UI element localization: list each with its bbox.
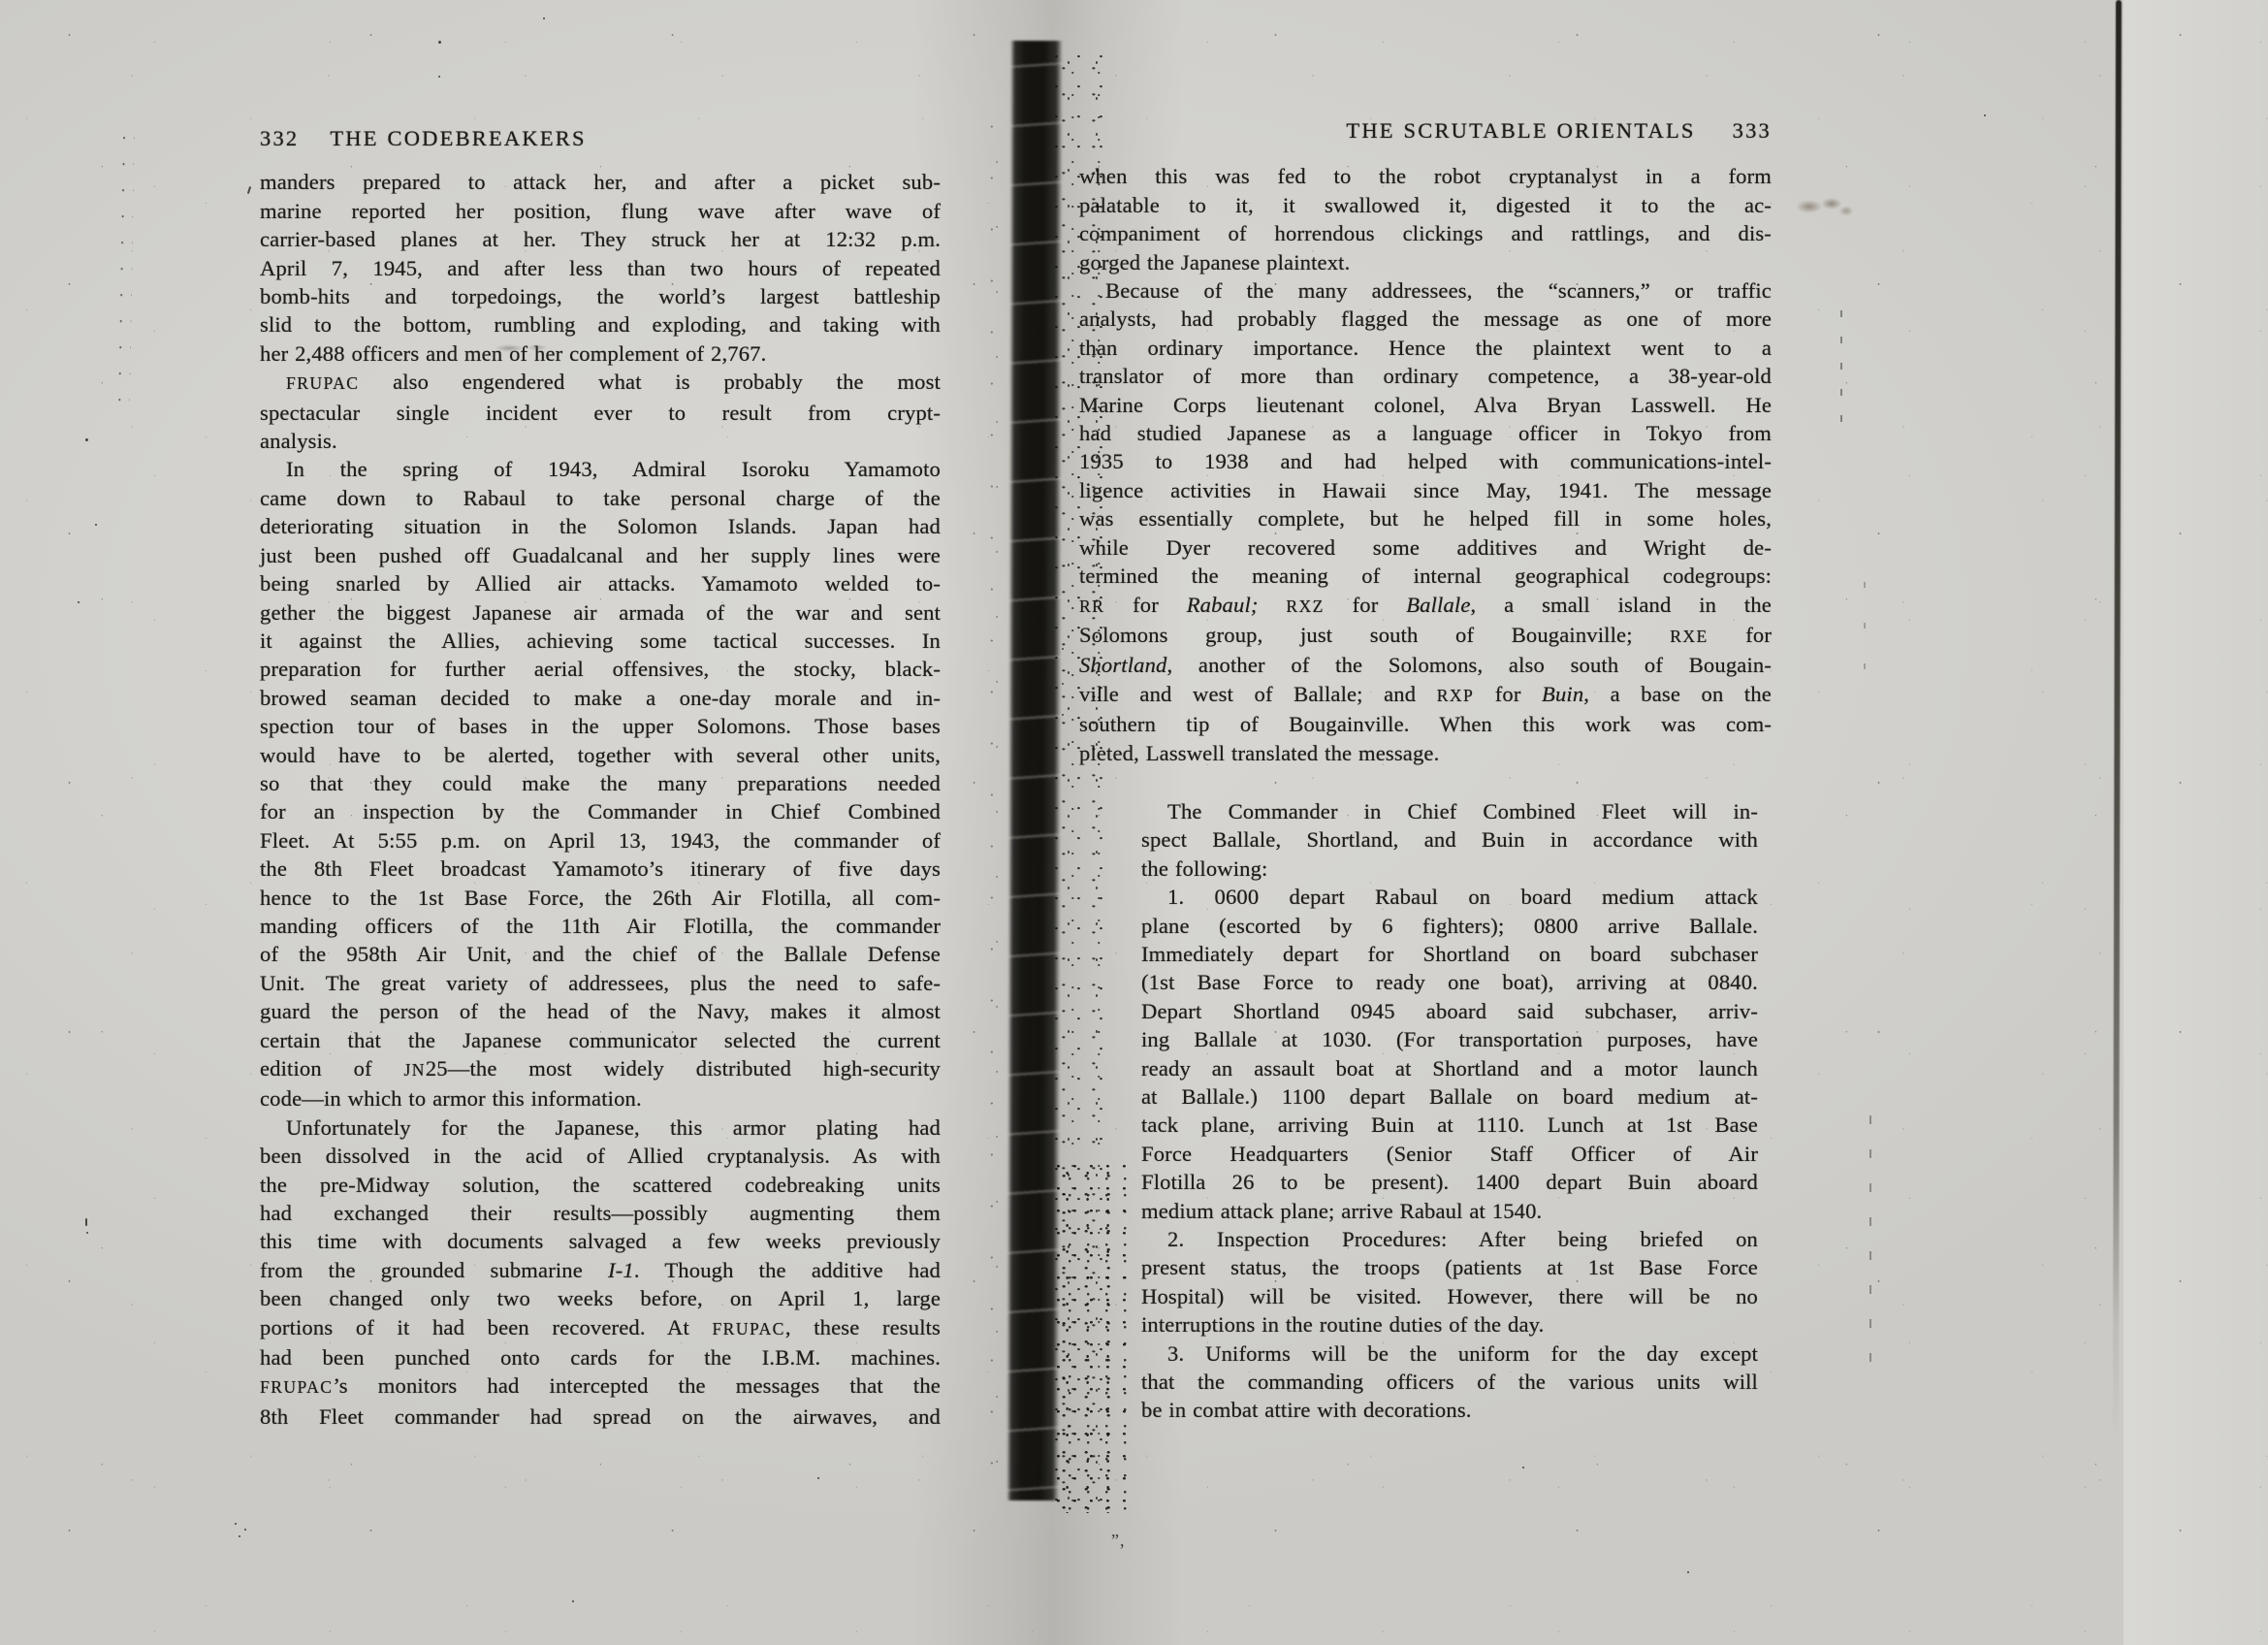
text-segment: April 7, 1945, and after less than two h… [260, 256, 941, 280]
text-segment: (1st Base Force to ready one boat), arri… [1141, 970, 1758, 994]
text-line: 1. 0600 depart Rabaul on board medium at… [1141, 883, 1758, 911]
text-segment: that the commanding officers of the vari… [1141, 1370, 1758, 1394]
text-segment: The Commander in Chief Combined Fleet wi… [1167, 799, 1758, 823]
text-line: RR for Rabaul; RXZ for Ballale, a small … [1079, 591, 1772, 621]
text-line: Force Headquarters (Senior Staff Officer… [1141, 1140, 1758, 1168]
text-segment: Immediately depart for Shortland on boar… [1141, 942, 1758, 966]
text-segment: came down to Rabaul to take personal cha… [260, 486, 941, 510]
text-line: was essentially complete, but he helped … [1079, 504, 1772, 532]
text-line: palatable to it, it swallowed it, digest… [1079, 191, 1772, 219]
text-segment: from the grounded submarine [260, 1258, 608, 1282]
text-line: spectacular single incident ever to resu… [260, 399, 941, 427]
small-caps-text: FRUPAC [286, 373, 359, 393]
text-segment: ’s monitors had intercepted the messages… [333, 1373, 941, 1398]
paragraph: Because of the many addressees, the “sca… [1079, 276, 1772, 767]
paragraph: 2. Inspection Procedures: After being br… [1141, 1225, 1758, 1339]
paragraph: Unfortunately for the Japanese, this arm… [260, 1113, 941, 1431]
speck [235, 1523, 237, 1525]
text-segment: code—in which to armor this information. [260, 1086, 642, 1111]
text-segment: carrier-based planes at her. They struck… [260, 227, 941, 251]
text-line: Shortland, another of the Solomons, also… [1079, 651, 1772, 679]
text-segment: palatable to it, it swallowed it, digest… [1079, 193, 1772, 217]
speck [817, 1477, 819, 1479]
small-caps-text: RXE [1670, 627, 1708, 646]
text-line: 8th Fleet commander had spread on the ai… [260, 1403, 941, 1431]
paragraph: manders prepared to attack her, and afte… [260, 168, 941, 368]
text-segment: ville and west of Ballale; and [1079, 682, 1437, 706]
text-segment: ing Ballale at 1030. (For transportation… [1141, 1027, 1758, 1051]
text-segment: Depart Shortland 0945 aboard said subcha… [1141, 999, 1758, 1023]
right-page-body: when this was fed to the robot cryptanal… [1079, 162, 1772, 767]
text-line: Flotilla 26 to be present). 1400 depart … [1141, 1168, 1758, 1196]
text-segment: it against the Allies, achieving some ta… [260, 629, 941, 653]
text-segment: spection tour of bases in the upper Solo… [260, 714, 941, 738]
text-line: the following: [1141, 855, 1758, 883]
text-segment: pleted, Lasswell translated the message. [1079, 741, 1439, 765]
text-segment: plane (escorted by 6 fighters); 0800 arr… [1141, 914, 1758, 938]
italic-text: Rabaul; [1187, 593, 1259, 617]
text-line: had studied Japanese as a language offic… [1079, 419, 1772, 447]
text-segment: deteriorating situation in the Solomon I… [260, 514, 941, 538]
text-line: manders prepared to attack her, and afte… [260, 168, 941, 196]
faint-smudge-artifact [485, 341, 555, 355]
text-segment: Flotilla 26 to be present). 1400 depart … [1141, 1170, 1758, 1194]
text-line: just been pushed off Guadalcanal and her… [260, 541, 941, 569]
text-line: medium attack plane; arrive Rabaul at 15… [1141, 1197, 1758, 1225]
text-line: FRUPAC’s monitors had intercepted the me… [260, 1371, 941, 1402]
text-line: Depart Shortland 0945 aboard said subcha… [1141, 997, 1758, 1025]
text-line: marine reported her position, flung wave… [260, 197, 941, 225]
ink-smudge-artifact [1790, 192, 1854, 221]
text-segment: southern tip of Bougainville. When this … [1079, 712, 1772, 736]
text-segment: portions of it had been recovered. At [260, 1315, 712, 1339]
speck [543, 17, 545, 19]
text-line: termined the meaning of internal geograp… [1079, 562, 1772, 590]
text-segment: guard the person of the head of the Navy… [260, 999, 941, 1023]
text-segment: for an inspection by the Commander in Ch… [260, 799, 941, 823]
text-line: ready an assault boat at Shortland and a… [1141, 1054, 1758, 1082]
text-line: gorged the Japanese plaintext. [1079, 248, 1772, 276]
text-line: companiment of horrendous clickings and … [1079, 219, 1772, 247]
text-segment: spectacular single incident ever to resu… [260, 401, 941, 425]
text-segment: Fleet. At 5:55 p.m. on April 13, 1943, t… [260, 828, 941, 853]
text-line: guard the person of the head of the Navy… [260, 997, 941, 1025]
text-segment: analysts, had probably flagged the messa… [1079, 306, 1772, 331]
text-segment: Hospital) will be visited. However, ther… [1141, 1284, 1758, 1308]
speck [86, 1232, 88, 1234]
small-caps-text: FRUPAC [712, 1319, 784, 1339]
paragraph: 1. 0600 depart Rabaul on board medium at… [1141, 883, 1758, 1225]
text-segment: , another of the Solomons, also south of… [1166, 653, 1772, 677]
text-line: the 8th Fleet broadcast Yamamoto’s itine… [260, 855, 941, 883]
text-segment: just been pushed off Guadalcanal and her… [260, 543, 941, 567]
speck [85, 438, 88, 441]
text-line: Hospital) will be visited. However, ther… [1141, 1282, 1758, 1310]
text-line: FRUPAC also engendered what is probably … [260, 368, 941, 398]
text-line: analysis. [260, 427, 941, 455]
left-page-column: 332 THE CODEBREAKERS manders prepared to… [260, 124, 941, 1431]
text-segment: slid to the bottom, rumbling and explodi… [260, 312, 941, 337]
text-line: southern tip of Bougainville. When this … [1079, 710, 1772, 738]
right-page-blockquote: The Commander in Chief Combined Fleet wi… [1079, 797, 1772, 1425]
text-line: Unit. The great variety of addressees, p… [260, 969, 941, 997]
text-line: browed seaman decided to make a one-day … [260, 684, 941, 712]
left-page-body: manders prepared to attack her, and afte… [260, 168, 941, 1431]
text-segment: interruptions in the routine duties of t… [1141, 1312, 1544, 1337]
text-line: so that they could make the many prepara… [260, 769, 941, 797]
text-line: Fleet. At 5:55 p.m. on April 13, 1943, t… [260, 826, 941, 855]
speck [1687, 1571, 1689, 1573]
right-page-number: 333 [1733, 116, 1772, 145]
text-segment: 1. 0600 depart Rabaul on board medium at… [1167, 885, 1758, 909]
text-segment: manders prepared to attack her, and afte… [260, 170, 941, 194]
text-line: April 7, 1945, and after less than two h… [260, 254, 941, 282]
text-segment: companiment of horrendous clickings and … [1079, 221, 1772, 245]
small-caps-text: JN [403, 1060, 425, 1080]
left-page-header: 332 THE CODEBREAKERS [260, 124, 941, 152]
text-segment: also engendered what is probably the mos… [359, 370, 941, 394]
gutter-left-speckle [981, 116, 1008, 1474]
text-segment: certain that the Japanese communicator s… [260, 1028, 941, 1052]
text-segment: be in combat attire with decorations. [1141, 1398, 1472, 1422]
left-running-title: THE CODEBREAKERS [330, 124, 586, 152]
gutter-bottom-blotch [1055, 1164, 1127, 1513]
text-line: bomb-hits and torpedoings, the world’s l… [260, 282, 941, 310]
text-line: Solomons group, just south of Bougainvil… [1079, 621, 1772, 651]
text-segment: had exchanged their results—possibly aug… [260, 1201, 941, 1225]
text-line: plane (escorted by 6 fighters); 0800 arr… [1141, 912, 1758, 940]
text-line: carrier-based planes at her. They struck… [260, 225, 941, 253]
text-segment: . Though the additive had [634, 1258, 941, 1282]
text-segment: marine reported her position, flung wave… [260, 199, 941, 223]
text-line: present status, the troops (patients at … [1141, 1253, 1758, 1281]
text-line: preparation for further aerial offensive… [260, 655, 941, 683]
text-segment: the pre-Midway solution, the scattered c… [260, 1173, 941, 1197]
text-segment: had studied Japanese as a language offic… [1079, 421, 1772, 445]
text-line: The Commander in Chief Combined Fleet wi… [1141, 797, 1758, 825]
small-caps-text: FRUPAC [260, 1377, 333, 1397]
text-line: than ordinary importance. Hence the plai… [1079, 334, 1772, 362]
text-line: came down to Rabaul to take personal cha… [260, 484, 941, 512]
small-caps-text: RXZ [1286, 597, 1324, 616]
right-margin-dash-marks [1840, 310, 1842, 436]
right-page-header: THE SCRUTABLE ORIENTALS 333 [1079, 116, 1772, 145]
text-line: when this was fed to the robot cryptanal… [1079, 162, 1772, 190]
text-segment: gorged the Japanese plaintext. [1079, 250, 1350, 274]
text-line: spect Ballale, Shortland, and Buin in ac… [1141, 825, 1758, 854]
text-segment: while Dyer recovered some additives and … [1079, 535, 1772, 560]
speck [1062, 648, 1064, 650]
text-segment: manding officers of the 11th Air Flotill… [260, 914, 941, 938]
text-line: edition of JN25—the most widely distribu… [260, 1054, 941, 1084]
text-segment: tack plane, arriving Buin at 1110. Lunch… [1141, 1113, 1758, 1137]
text-segment: gether the biggest Japanese air armada o… [260, 600, 941, 625]
speck [95, 524, 97, 526]
text-segment: Unfortunately for the Japanese, this arm… [286, 1115, 941, 1140]
text-line: hence to the 1st Base Force, the 26th Ai… [260, 884, 941, 912]
text-line: that the commanding officers of the vari… [1141, 1368, 1758, 1396]
text-segment: than ordinary importance. Hence the plai… [1079, 336, 1772, 360]
text-segment: being snarled by Allied air attacks. Yam… [260, 571, 941, 596]
text-segment: 2. Inspection Procedures: After being br… [1167, 1227, 1758, 1251]
right-margin-dash-marks-lower [1869, 1115, 1871, 1368]
speck [572, 1600, 574, 1602]
text-line: manding officers of the 11th Air Flotill… [260, 912, 941, 940]
text-line: analysts, had probably flagged the messa… [1079, 305, 1772, 333]
right-running-title: THE SCRUTABLE ORIENTALS [1346, 116, 1695, 145]
text-line: this time with documents salvaged a few … [260, 1227, 941, 1255]
text-line: had been punched onto cards for the I.B.… [260, 1343, 941, 1371]
right-margin-dash-marks-mid [1864, 582, 1866, 689]
text-line: while Dyer recovered some additives and … [1079, 533, 1772, 562]
text-line: (1st Base Force to ready one boat), arri… [1141, 968, 1758, 996]
text-line: Because of the many addressees, the “sca… [1079, 276, 1772, 305]
text-line: be in combat attire with decorations. [1141, 1396, 1758, 1424]
text-line: tack plane, arriving Buin at 1110. Lunch… [1141, 1111, 1758, 1139]
text-segment: termined the meaning of internal geograp… [1079, 564, 1772, 588]
text-segment: would have to be alerted, together with … [260, 743, 941, 767]
text-segment: at Ballale.) 1100 depart Ballale on boar… [1141, 1084, 1758, 1109]
text-line: ligence activities in Hawaii since May, … [1079, 476, 1772, 504]
text-segment: ready an assault boat at Shortland and a… [1141, 1056, 1758, 1081]
small-caps-text: RXP [1437, 686, 1475, 705]
text-segment: , a small island in the [1471, 593, 1772, 617]
text-segment: browed seaman decided to make a one-day … [260, 686, 941, 710]
text-line: deteriorating situation in the Solomon I… [260, 512, 941, 540]
text-line: pleted, Lasswell translated the message. [1079, 739, 1772, 767]
text-line: ing Ballale at 1030. (For transportation… [1141, 1025, 1758, 1053]
scanner-bed-margin [2124, 0, 2268, 1645]
paragraph: 3. Uniforms will be the uniform for the … [1141, 1339, 1758, 1425]
text-line: ville and west of Ballale; and RXP for B… [1079, 680, 1772, 710]
italic-text: Ballale [1406, 593, 1470, 617]
text-line: code—in which to armor this information. [260, 1084, 941, 1113]
text-segment: 1935 to 1938 and had helped with communi… [1079, 449, 1772, 473]
text-segment: of the 958th Air Unit, and the chief of … [260, 942, 941, 966]
text-line: for an inspection by the Commander in Ch… [260, 797, 941, 825]
text-segment: been changed only two weeks before, on A… [260, 1286, 941, 1310]
text-segment: Solomons group, just south of Bougainvil… [1079, 623, 1670, 647]
text-line: the pre-Midway solution, the scattered c… [260, 1171, 941, 1199]
text-segment: this time with documents salvaged a few … [260, 1229, 941, 1253]
text-line: been changed only two weeks before, on A… [260, 1284, 941, 1312]
text-line: gether the biggest Japanese air armada o… [260, 598, 941, 627]
text-line: it against the Allies, achieving some ta… [260, 627, 941, 655]
text-segment: In the spring of 1943, Admiral Isoroku Y… [286, 457, 941, 481]
text-segment: bomb-hits and torpedoings, the world’s l… [260, 284, 941, 308]
left-page-number: 332 [260, 124, 299, 152]
text-segment: 25—the most widely distributed high-secu… [426, 1056, 941, 1081]
italic-text: Buin [1542, 682, 1583, 706]
right-page-column: THE SCRUTABLE ORIENTALS 333 when this wa… [1079, 116, 1772, 1425]
speck [1062, 683, 1064, 685]
text-segment: for [1709, 623, 1772, 647]
speck [244, 1529, 246, 1531]
text-segment: , these results [785, 1315, 941, 1339]
text-segment: preparation for further aerial offensive… [260, 657, 941, 681]
text-line: from the grounded submarine I-1. Though … [260, 1256, 941, 1284]
speck [1062, 714, 1064, 716]
text-segment: Force Headquarters (Senior Staff Officer… [1141, 1142, 1758, 1166]
text-line: of the 958th Air Unit, and the chief of … [260, 940, 941, 968]
text-segment: 8th Fleet commander had spread on the ai… [260, 1404, 941, 1429]
text-segment: 3. Uniforms will be the uniform for the … [1167, 1341, 1758, 1366]
text-segment [1259, 593, 1287, 617]
text-line: certain that the Japanese communicator s… [260, 1026, 941, 1054]
text-line: In the spring of 1943, Admiral Isoroku Y… [260, 455, 941, 483]
text-line: been dissolved in the acid of Allied cry… [260, 1142, 941, 1170]
text-segment: spect Ballale, Shortland, and Buin in ac… [1141, 827, 1758, 852]
text-line: Immediately depart for Shortland on boar… [1141, 940, 1758, 968]
text-line: interruptions in the routine duties of t… [1141, 1310, 1758, 1339]
text-segment: the 8th Fleet broadcast Yamamoto’s itine… [260, 856, 941, 881]
paragraph: In the spring of 1943, Admiral Isoroku Y… [260, 455, 941, 1113]
text-segment: been dissolved in the acid of Allied cry… [260, 1144, 941, 1168]
text-segment: was essentially complete, but he helped … [1079, 506, 1772, 531]
text-segment: had been punched onto cards for the I.B.… [260, 1345, 941, 1370]
stray-tick-mark [85, 1218, 87, 1226]
text-segment: ligence activities in Hawaii since May, … [1079, 478, 1772, 502]
text-segment: medium attack plane; arrive Rabaul at 15… [1141, 1199, 1542, 1223]
speck [438, 41, 441, 44]
book-scan-page: { "colors":{"paper":"#d4d3cf","margin_ba… [0, 0, 2268, 1645]
text-segment: Marine Corps lieutenant colonel, Alva Br… [1079, 393, 1772, 417]
text-segment: translator of more than ordinary compete… [1079, 364, 1772, 388]
text-line: 2. Inspection Procedures: After being br… [1141, 1225, 1758, 1253]
paragraph: The Commander in Chief Combined Fleet wi… [1141, 797, 1758, 883]
text-line: had exchanged their results—possibly aug… [260, 1199, 941, 1227]
text-line: would have to be alerted, together with … [260, 741, 941, 769]
text-segment: present status, the troops (patients at … [1141, 1255, 1758, 1279]
text-line: portions of it had been recovered. At FR… [260, 1313, 941, 1343]
text-line: 1935 to 1938 and had helped with communi… [1079, 447, 1772, 475]
text-segment: when this was fed to the robot cryptanal… [1079, 164, 1772, 188]
text-segment: Unit. The great variety of addressees, p… [260, 971, 941, 995]
text-line: her 2,488 officers and men of her comple… [260, 339, 941, 368]
text-line: 3. Uniforms will be the uniform for the … [1141, 1339, 1758, 1368]
text-segment: analysis. [260, 429, 337, 453]
speck [78, 601, 80, 603]
text-segment: so that they could make the many prepara… [260, 771, 941, 795]
text-line: at Ballale.) 1100 depart Ballale on boar… [1141, 1082, 1758, 1111]
text-line: spection tour of bases in the upper Solo… [260, 712, 941, 740]
paragraph: when this was fed to the robot cryptanal… [1079, 162, 1772, 276]
text-segment: for [1325, 593, 1406, 617]
speck [1522, 1467, 1524, 1468]
speck [1984, 114, 1986, 116]
stray-quote-mark: ”, [1111, 1531, 1126, 1551]
text-segment: edition of [260, 1056, 403, 1081]
speck [438, 76, 440, 78]
paragraph: FRUPAC also engendered what is probably … [260, 368, 941, 455]
text-segment: for [1474, 682, 1542, 706]
text-segment: for [1104, 593, 1186, 617]
text-line: Marine Corps lieutenant colonel, Alva Br… [1079, 391, 1772, 419]
text-line: slid to the bottom, rumbling and explodi… [260, 310, 941, 339]
text-line: Unfortunately for the Japanese, this arm… [260, 1113, 941, 1142]
text-line: translator of more than ordinary compete… [1079, 362, 1772, 390]
italic-text: I-1 [608, 1258, 634, 1282]
text-segment: hence to the 1st Base Force, the 26th Ai… [260, 886, 941, 910]
text-line: being snarled by Allied air attacks. Yam… [260, 569, 941, 597]
text-segment: Because of the many addressees, the “sca… [1105, 278, 1772, 303]
text-segment: the following: [1141, 856, 1268, 881]
text-segment: , a base on the [1583, 682, 1772, 706]
speck [239, 1535, 240, 1537]
